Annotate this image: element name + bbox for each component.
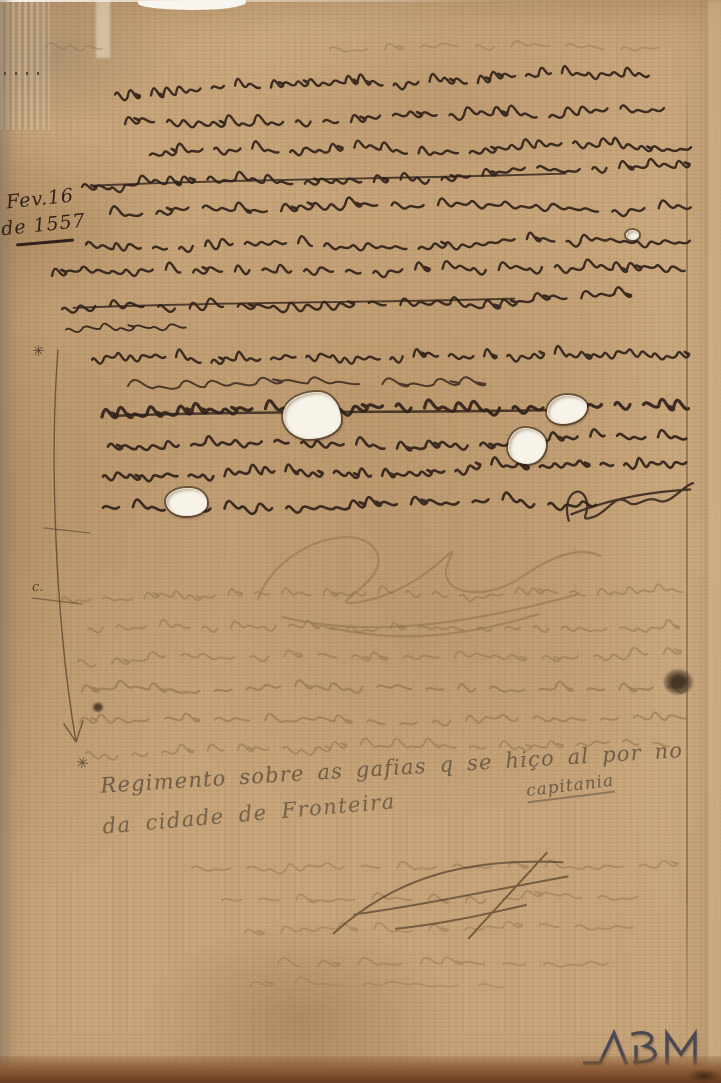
manuscript-line — [52, 256, 702, 288]
scan-corner-dark — [636, 1036, 721, 1083]
manuscript-line — [86, 226, 702, 256]
margin-bracket — [26, 336, 96, 766]
ink-layer — [0, 0, 721, 1083]
scan-edge-bottom — [0, 1056, 721, 1083]
manuscript-page: Fev.16 de 1557 ✳ c. ✳ Regimento sobre as… — [0, 0, 721, 1083]
paper-hole — [626, 230, 639, 240]
manuscript-line — [82, 674, 704, 702]
manuscript-line — [78, 644, 702, 672]
manuscript-line — [66, 316, 186, 338]
signature-flourish-cross — [318, 848, 578, 943]
manuscript-line — [125, 100, 675, 137]
manuscript-line — [92, 340, 700, 372]
manuscript-line — [102, 396, 702, 430]
manuscript-line — [110, 194, 702, 226]
margin-c-mark: c. — [32, 580, 43, 595]
manuscript-line — [108, 428, 702, 458]
signature-flourish-rubric — [554, 470, 707, 540]
manuscript-line — [80, 706, 702, 734]
ink-blot — [653, 664, 699, 704]
paper-hole — [166, 488, 207, 516]
manuscript-line — [46, 36, 102, 54]
manuscript-line — [278, 948, 618, 974]
manuscript-line — [250, 972, 510, 996]
paper-hole — [283, 392, 341, 439]
manuscript-line — [330, 34, 670, 58]
